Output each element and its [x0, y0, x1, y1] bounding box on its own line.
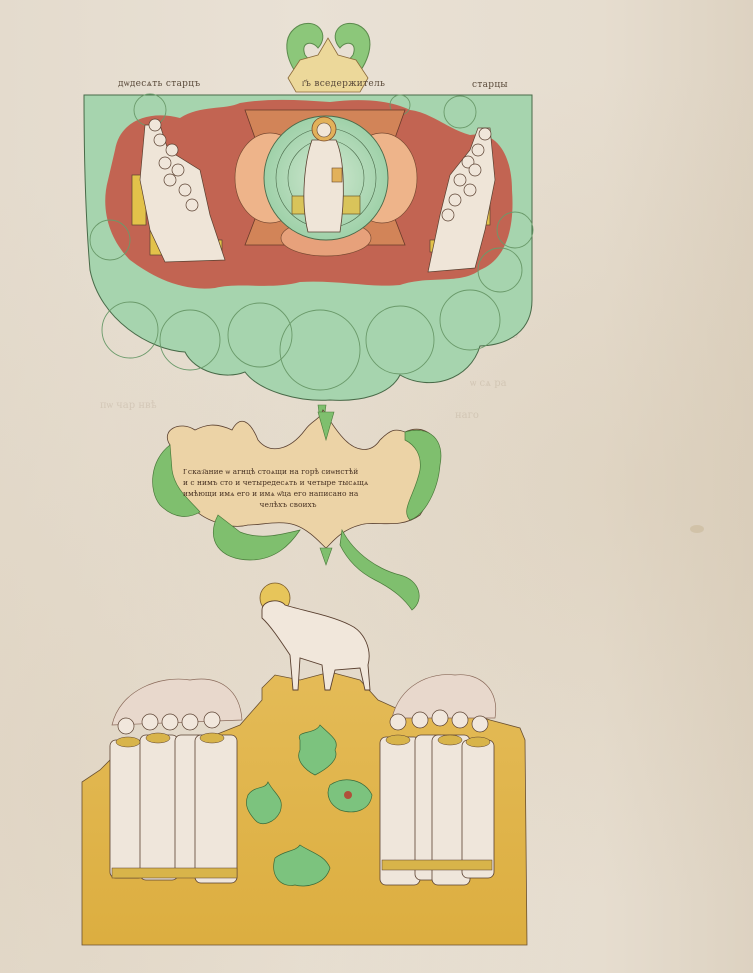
label-right-elders: старцы	[472, 80, 508, 90]
label-christ: г҃ь вседержитель	[302, 78, 385, 89]
left-crowd	[110, 679, 242, 883]
label-left-elders: дѡдесѧть старцъ	[118, 78, 200, 89]
cartouche-line: и с нимъ сто и четыредесѧть и четыре тыс…	[183, 478, 368, 487]
manuscript-page: тичнѹю ѡ сѧ ра пѡ чар нвѣ наго	[0, 0, 753, 973]
right-crowd	[380, 675, 496, 885]
cartouche	[153, 410, 441, 610]
cartouche-line: челѣхъ своихъ	[183, 499, 393, 510]
cartouche-line: имѣющи имѧ его и имѧ ѡ҃ца его написано н…	[183, 489, 358, 498]
cartouche-text: І҃ сказ҃ание ѡ агнцѣ стоѧщи на горѣ сиѡн…	[183, 466, 393, 510]
cartouche-line: І҃ сказ҃ание ѡ агнцѣ стоѧщи на горѣ сиѡн…	[183, 467, 358, 476]
lamb	[260, 583, 370, 690]
